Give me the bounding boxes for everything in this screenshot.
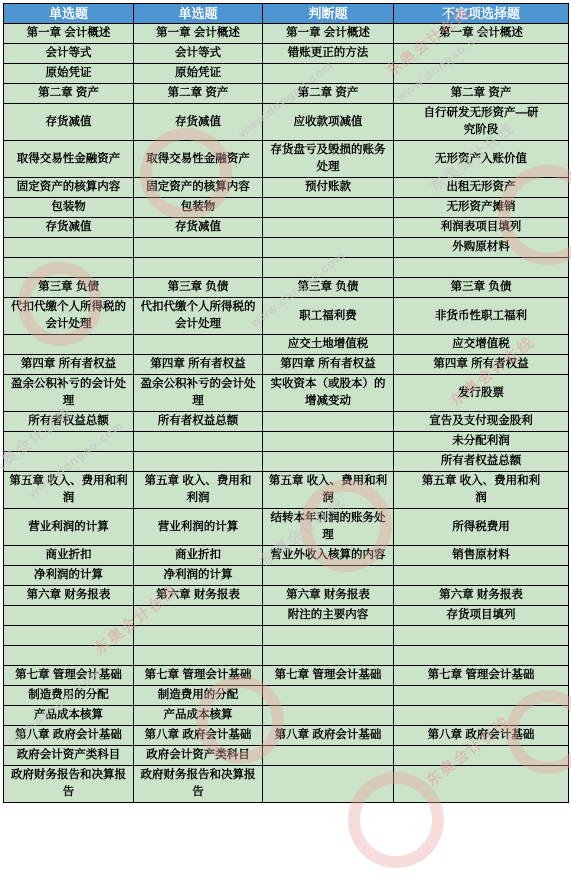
topic-cell: 商业折扣: [134, 546, 263, 566]
table-row: 存货减值存货减值利润表项目填列: [4, 218, 569, 238]
topic-cell: 第一章 会计概述: [134, 24, 263, 44]
topic-cell: 无形资产摊销: [394, 198, 569, 218]
topic-cell: 营业利润的计算: [4, 509, 134, 546]
topic-cell: 销售原材料: [394, 546, 569, 566]
empty-cell: [263, 198, 394, 218]
topic-cell: 非货币性职工福利: [394, 298, 569, 335]
empty-cell: [394, 746, 569, 766]
empty-cell: [4, 626, 134, 646]
column-header: 单选题: [4, 4, 134, 24]
topic-cell: 第五章 收入、费用和利润: [394, 472, 569, 509]
topic-cell: 制造费用的分配: [134, 686, 263, 706]
topic-cell: 第四章 所有者权益: [394, 355, 569, 375]
empty-cell: [134, 626, 263, 646]
topic-cell: 产品成本核算: [134, 706, 263, 726]
topic-cell: 出租无形资产: [394, 178, 569, 198]
topic-cell: 第八章 政府会计基础: [394, 726, 569, 746]
table-row: 第六章 财务报表第六章 财务报表第六章 财务报表第六章 财务报表: [4, 586, 569, 606]
topic-cell: 政府财务报告和决算报告: [4, 766, 134, 803]
topic-cell: 未分配利润: [394, 432, 569, 452]
table-row: 原始凭证原始凭证: [4, 64, 569, 84]
topic-cell: 预付账款: [263, 178, 394, 198]
topic-cell: 盈余公积补亏的会计处理: [134, 375, 263, 412]
topic-cell: 制造费用的分配: [4, 686, 134, 706]
table-row: 会计等式会计等式错账更正的方法: [4, 44, 569, 64]
table-row: 净利润的计算净利润的计算: [4, 566, 569, 586]
topic-cell: 政府财务报告和决算报告: [134, 766, 263, 803]
topic-cell: 会计等式: [4, 44, 134, 64]
table-row: 产品成本核算产品成本核算: [4, 706, 569, 726]
topic-cell: 职工福利费: [263, 298, 394, 335]
table-row: 第八章 政府会计基础第八章 政府会计基础第八章 政府会计基础第八章 政府会计基础: [4, 726, 569, 746]
empty-cell: [263, 706, 394, 726]
table-row: 附注的主要内容存货项目填列: [4, 606, 569, 626]
empty-cell: [4, 258, 134, 278]
topic-cell: 净利润的计算: [4, 566, 134, 586]
topic-cell: 所有者权益总额: [134, 412, 263, 432]
table-row: 固定资产的核算内容固定资产的核算内容预付账款出租无形资产: [4, 178, 569, 198]
empty-cell: [134, 452, 263, 472]
topic-cell: 政府会计资产类科目: [4, 746, 134, 766]
empty-cell: [4, 452, 134, 472]
topic-cell: 发行股票: [394, 375, 569, 412]
topic-cell: 存货项目填列: [394, 606, 569, 626]
empty-cell: [394, 44, 569, 64]
table-row: 第四章 所有者权益第四章 所有者权益第四章 所有者权益第四章 所有者权益: [4, 355, 569, 375]
empty-cell: [134, 646, 263, 666]
topic-cell: 所有者权益总额: [394, 452, 569, 472]
topic-cell: 第四章 所有者权益: [4, 355, 134, 375]
topic-cell: 自行研发无形资产—研究阶段: [394, 104, 569, 141]
topic-cell: 存货盘亏及毁损的账务处理: [263, 141, 394, 178]
topic-cell: 存货减值: [134, 218, 263, 238]
empty-cell: [263, 566, 394, 586]
empty-cell: [394, 646, 569, 666]
topic-cell: 第二章 资产: [394, 84, 569, 104]
topic-cell: 第六章 财务报表: [394, 586, 569, 606]
table-row: 第七章 管理会计基础第七章 管理会计基础第七章 管理会计基础第七章 管理会计基础: [4, 666, 569, 686]
topic-cell: 包装物: [134, 198, 263, 218]
topic-cell: 第八章 政府会计基础: [134, 726, 263, 746]
topic-cell: 取得交易性金融资产: [134, 141, 263, 178]
topic-cell: 所得税费用: [394, 509, 569, 546]
topic-cell: 第一章 会计概述: [4, 24, 134, 44]
topic-cell: 第八章 政府会计基础: [4, 726, 134, 746]
topic-cell: 第二章 资产: [134, 84, 263, 104]
table-row: [4, 646, 569, 666]
table-row: 存货减值存货减值应收款项减值自行研发无形资产—研究阶段: [4, 104, 569, 141]
topic-cell: 附注的主要内容: [263, 606, 394, 626]
header-row: 单选题单选题判断题不定项选择题: [4, 4, 569, 24]
topic-cell: 应收款项减值: [263, 104, 394, 141]
topic-cell: 代扣代缴个人所得税的会计处理: [4, 298, 134, 335]
topic-cell: 无形资产入账价值: [394, 141, 569, 178]
empty-cell: [394, 64, 569, 84]
topic-cell: 第七章 管理会计基础: [394, 666, 569, 686]
table-row: 未分配利润: [4, 432, 569, 452]
topic-cell: 第五章 收入、费用和利润: [4, 472, 134, 509]
empty-cell: [263, 746, 394, 766]
empty-cell: [394, 258, 569, 278]
empty-cell: [263, 412, 394, 432]
topic-cell: 净利润的计算: [134, 566, 263, 586]
topic-cell: 结转本年利润的账务处理: [263, 509, 394, 546]
table-row: 第一章 会计概述第一章 会计概述第一章 会计概述第一章 会计概述: [4, 24, 569, 44]
empty-cell: [394, 566, 569, 586]
topic-cell: 外购原材料: [394, 238, 569, 258]
table-row: 外购原材料: [4, 238, 569, 258]
topic-cell: 第二章 资产: [4, 84, 134, 104]
table-row: [4, 626, 569, 646]
topic-cell: 原始凭证: [134, 64, 263, 84]
empty-cell: [394, 706, 569, 726]
topic-cell: 第四章 所有者权益: [263, 355, 394, 375]
topic-cell: 会计等式: [134, 44, 263, 64]
topic-cell: 实收资本（或股本）的增减变动: [263, 375, 394, 412]
topic-cell: 固定资产的核算内容: [134, 178, 263, 198]
empty-cell: [263, 766, 394, 803]
table-row: 第二章 资产第二章 资产第二章 资产第二章 资产: [4, 84, 569, 104]
topic-cell: 商业折扣: [4, 546, 134, 566]
exam-topics-sheet: 单选题单选题判断题不定项选择题 第一章 会计概述第一章 会计概述第一章 会计概述…: [0, 0, 571, 806]
column-header: 单选题: [134, 4, 263, 24]
topic-cell: 包装物: [4, 198, 134, 218]
table-row: 盈余公积补亏的会计处理盈余公积补亏的会计处理实收资本（或股本）的增减变动发行股票: [4, 375, 569, 412]
topic-cell: 第三章 负债: [263, 278, 394, 298]
table-row: 所有者权益总额所有者权益总额宣告及支付现金股利: [4, 412, 569, 432]
table-row: 第五章 收入、费用和利润第五章 收入、费用和利润第五章 收入、费用和利润第五章 …: [4, 472, 569, 509]
empty-cell: [4, 606, 134, 626]
topic-cell: 原始凭证: [4, 64, 134, 84]
empty-cell: [4, 432, 134, 452]
table-row: 第三章 负债第三章 负债第三章 负债第三章 负债: [4, 278, 569, 298]
topic-cell: 第二章 资产: [263, 84, 394, 104]
empty-cell: [394, 626, 569, 646]
topic-cell: 第五章 收入、费用和利润: [263, 472, 394, 509]
table-row: 制造费用的分配制造费用的分配: [4, 686, 569, 706]
empty-cell: [263, 432, 394, 452]
topic-cell: 营业利润的计算: [134, 509, 263, 546]
topic-cell: 第七章 管理会计基础: [4, 666, 134, 686]
topic-cell: 存货减值: [4, 104, 134, 141]
empty-cell: [263, 238, 394, 258]
topic-cell: 第三章 负债: [4, 278, 134, 298]
column-header: 判断题: [263, 4, 394, 24]
topic-cell: 第一章 会计概述: [394, 24, 569, 44]
table-row: 营业利润的计算营业利润的计算结转本年利润的账务处理所得税费用: [4, 509, 569, 546]
empty-cell: [4, 335, 134, 355]
topic-cell: 应交土地增值税: [263, 335, 394, 355]
empty-cell: [394, 686, 569, 706]
topic-cell: 存货减值: [134, 104, 263, 141]
topic-cell: 取得交易性金融资产: [4, 141, 134, 178]
table-row: 政府会计资产类科目政府会计资产类科目: [4, 746, 569, 766]
table-row: 商业折扣商业折扣营业外收入核算的内容销售原材料: [4, 546, 569, 566]
topic-cell: 第六章 财务报表: [4, 586, 134, 606]
table-row: 代扣代缴个人所得税的会计处理代扣代缴个人所得税的会计处理职工福利费非货币性职工福…: [4, 298, 569, 335]
table-row: 政府财务报告和决算报告政府财务报告和决算报告: [4, 766, 569, 803]
empty-cell: [263, 64, 394, 84]
empty-cell: [263, 626, 394, 646]
topic-cell: 产品成本核算: [4, 706, 134, 726]
table-row: 取得交易性金融资产取得交易性金融资产存货盘亏及毁损的账务处理无形资产入账价值: [4, 141, 569, 178]
empty-cell: [4, 646, 134, 666]
empty-cell: [4, 238, 134, 258]
table-body: 第一章 会计概述第一章 会计概述第一章 会计概述第一章 会计概述会计等式会计等式…: [4, 24, 569, 803]
empty-cell: [394, 766, 569, 803]
topic-cell: 错账更正的方法: [263, 44, 394, 64]
topic-cell: 存货减值: [4, 218, 134, 238]
empty-cell: [263, 686, 394, 706]
empty-cell: [134, 238, 263, 258]
empty-cell: [263, 258, 394, 278]
topic-cell: 利润表项目填列: [394, 218, 569, 238]
empty-cell: [134, 606, 263, 626]
topic-cell: 第八章 政府会计基础: [263, 726, 394, 746]
topic-cell: 第三章 负债: [394, 278, 569, 298]
topic-cell: 第七章 管理会计基础: [263, 666, 394, 686]
topic-cell: 宣告及支付现金股利: [394, 412, 569, 432]
topic-cell: 政府会计资产类科目: [134, 746, 263, 766]
table-row: [4, 258, 569, 278]
topic-cell: 应交增值税: [394, 335, 569, 355]
empty-cell: [263, 452, 394, 472]
topic-cell: 第六章 财务报表: [134, 586, 263, 606]
topic-cell: 第四章 所有者权益: [134, 355, 263, 375]
exam-topics-table: 单选题单选题判断题不定项选择题 第一章 会计概述第一章 会计概述第一章 会计概述…: [3, 3, 569, 803]
topic-cell: 固定资产的核算内容: [4, 178, 134, 198]
empty-cell: [134, 335, 263, 355]
column-header: 不定项选择题: [394, 4, 569, 24]
table-row: 应交土地增值税应交增值税: [4, 335, 569, 355]
topic-cell: 盈余公积补亏的会计处理: [4, 375, 134, 412]
topic-cell: 第六章 财务报表: [263, 586, 394, 606]
topic-cell: 营业外收入核算的内容: [263, 546, 394, 566]
topic-cell: 第三章 负债: [134, 278, 263, 298]
table-row: 包装物包装物无形资产摊销: [4, 198, 569, 218]
topic-cell: 所有者权益总额: [4, 412, 134, 432]
topic-cell: 第七章 管理会计基础: [134, 666, 263, 686]
empty-cell: [263, 646, 394, 666]
empty-cell: [263, 218, 394, 238]
topic-cell: 第一章 会计概述: [263, 24, 394, 44]
topic-cell: 第五章 收入、费用和利润: [134, 472, 263, 509]
empty-cell: [134, 258, 263, 278]
table-row: 所有者权益总额: [4, 452, 569, 472]
empty-cell: [134, 432, 263, 452]
topic-cell: 代扣代缴个人所得税的会计处理: [134, 298, 263, 335]
